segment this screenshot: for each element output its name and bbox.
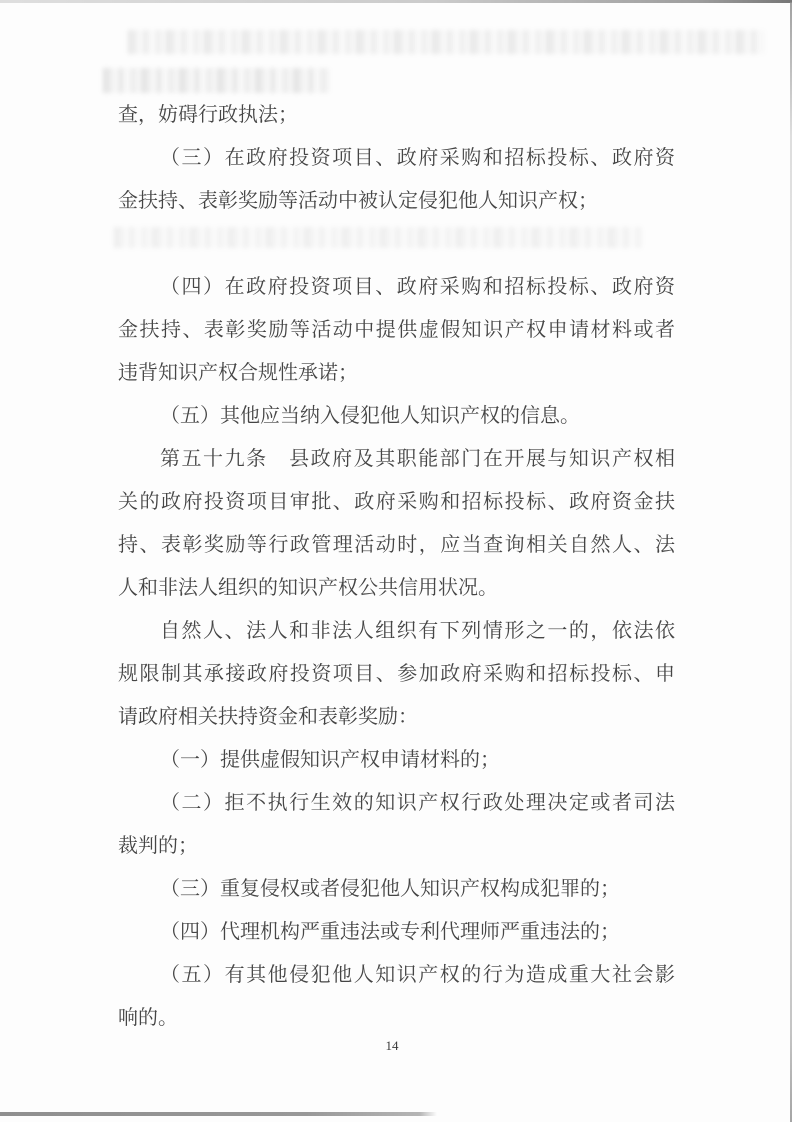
text-line: 金扶持、表彰奖励等活动中提供虚假知识产权申请材料或者: [118, 309, 675, 352]
text-line: 响的。: [118, 997, 675, 1040]
text-line: （五）其他应当纳入侵犯他人知识产权的信息。: [118, 395, 675, 438]
text-line: 人和非法人组织的知识产权公共信用状况。: [118, 567, 675, 610]
scanned-document-page: 查，妨碍行政执法； （三）在政府投资项目、政府采购和招标投标、政府资 金扶持、表…: [0, 0, 792, 1122]
text-line: （五）有其他侵犯他人知识产权的行为造成重大社会影: [118, 954, 675, 997]
text-line: （四）代理机构严重违法或专利代理师严重违法的；: [118, 911, 675, 954]
text-line: 请政府相关扶持资金和表彰奖励：: [118, 696, 675, 739]
document-body: 查，妨碍行政执法； （三）在政府投资项目、政府采购和招标投标、政府资 金扶持、表…: [118, 94, 675, 1040]
text-line: 金扶持、表彰奖励等活动中被认定侵犯他人知识产权；: [118, 180, 675, 223]
text-line: （一）提供虚假知识产权申请材料的；: [118, 739, 675, 782]
page-number: 14: [0, 1038, 784, 1054]
blank-line: [118, 223, 675, 266]
text-line: 规限制其承接政府投资项目、参加政府采购和招标投标、申: [118, 653, 675, 696]
text-line: 违背知识产权合规性承诺；: [118, 352, 675, 395]
bleedthrough-smudge: [128, 30, 764, 54]
text-line: 自然人、法人和非法人组织有下列情形之一的，依法依: [118, 610, 675, 653]
text-line: 关的政府投资项目审批、政府采购和招标投标、政府资金扶: [118, 481, 675, 524]
text-line: （二）拒不执行生效的知识产权行政处理决定或者司法: [118, 782, 675, 825]
text-line: 持、表彰奖励等行政管理活动时，应当查询相关自然人、法: [118, 524, 675, 567]
text-line: 裁判的；: [118, 825, 675, 868]
text-line: 第五十九条 县政府及其职能部门在开展与知识产权相: [118, 438, 675, 481]
bleedthrough-smudge: [103, 68, 331, 93]
text-line: 查，妨碍行政执法；: [118, 94, 675, 137]
text-line: （三）在政府投资项目、政府采购和招标投标、政府资: [118, 137, 675, 180]
text-line: （四）在政府投资项目、政府采购和招标投标、政府资: [118, 266, 675, 309]
scan-edge-bottom-artifact: [0, 1112, 437, 1116]
scan-edge-top-artifact: [0, 0, 792, 3]
text-line: （三）重复侵权或者侵犯他人知识产权构成犯罪的；: [118, 868, 675, 911]
